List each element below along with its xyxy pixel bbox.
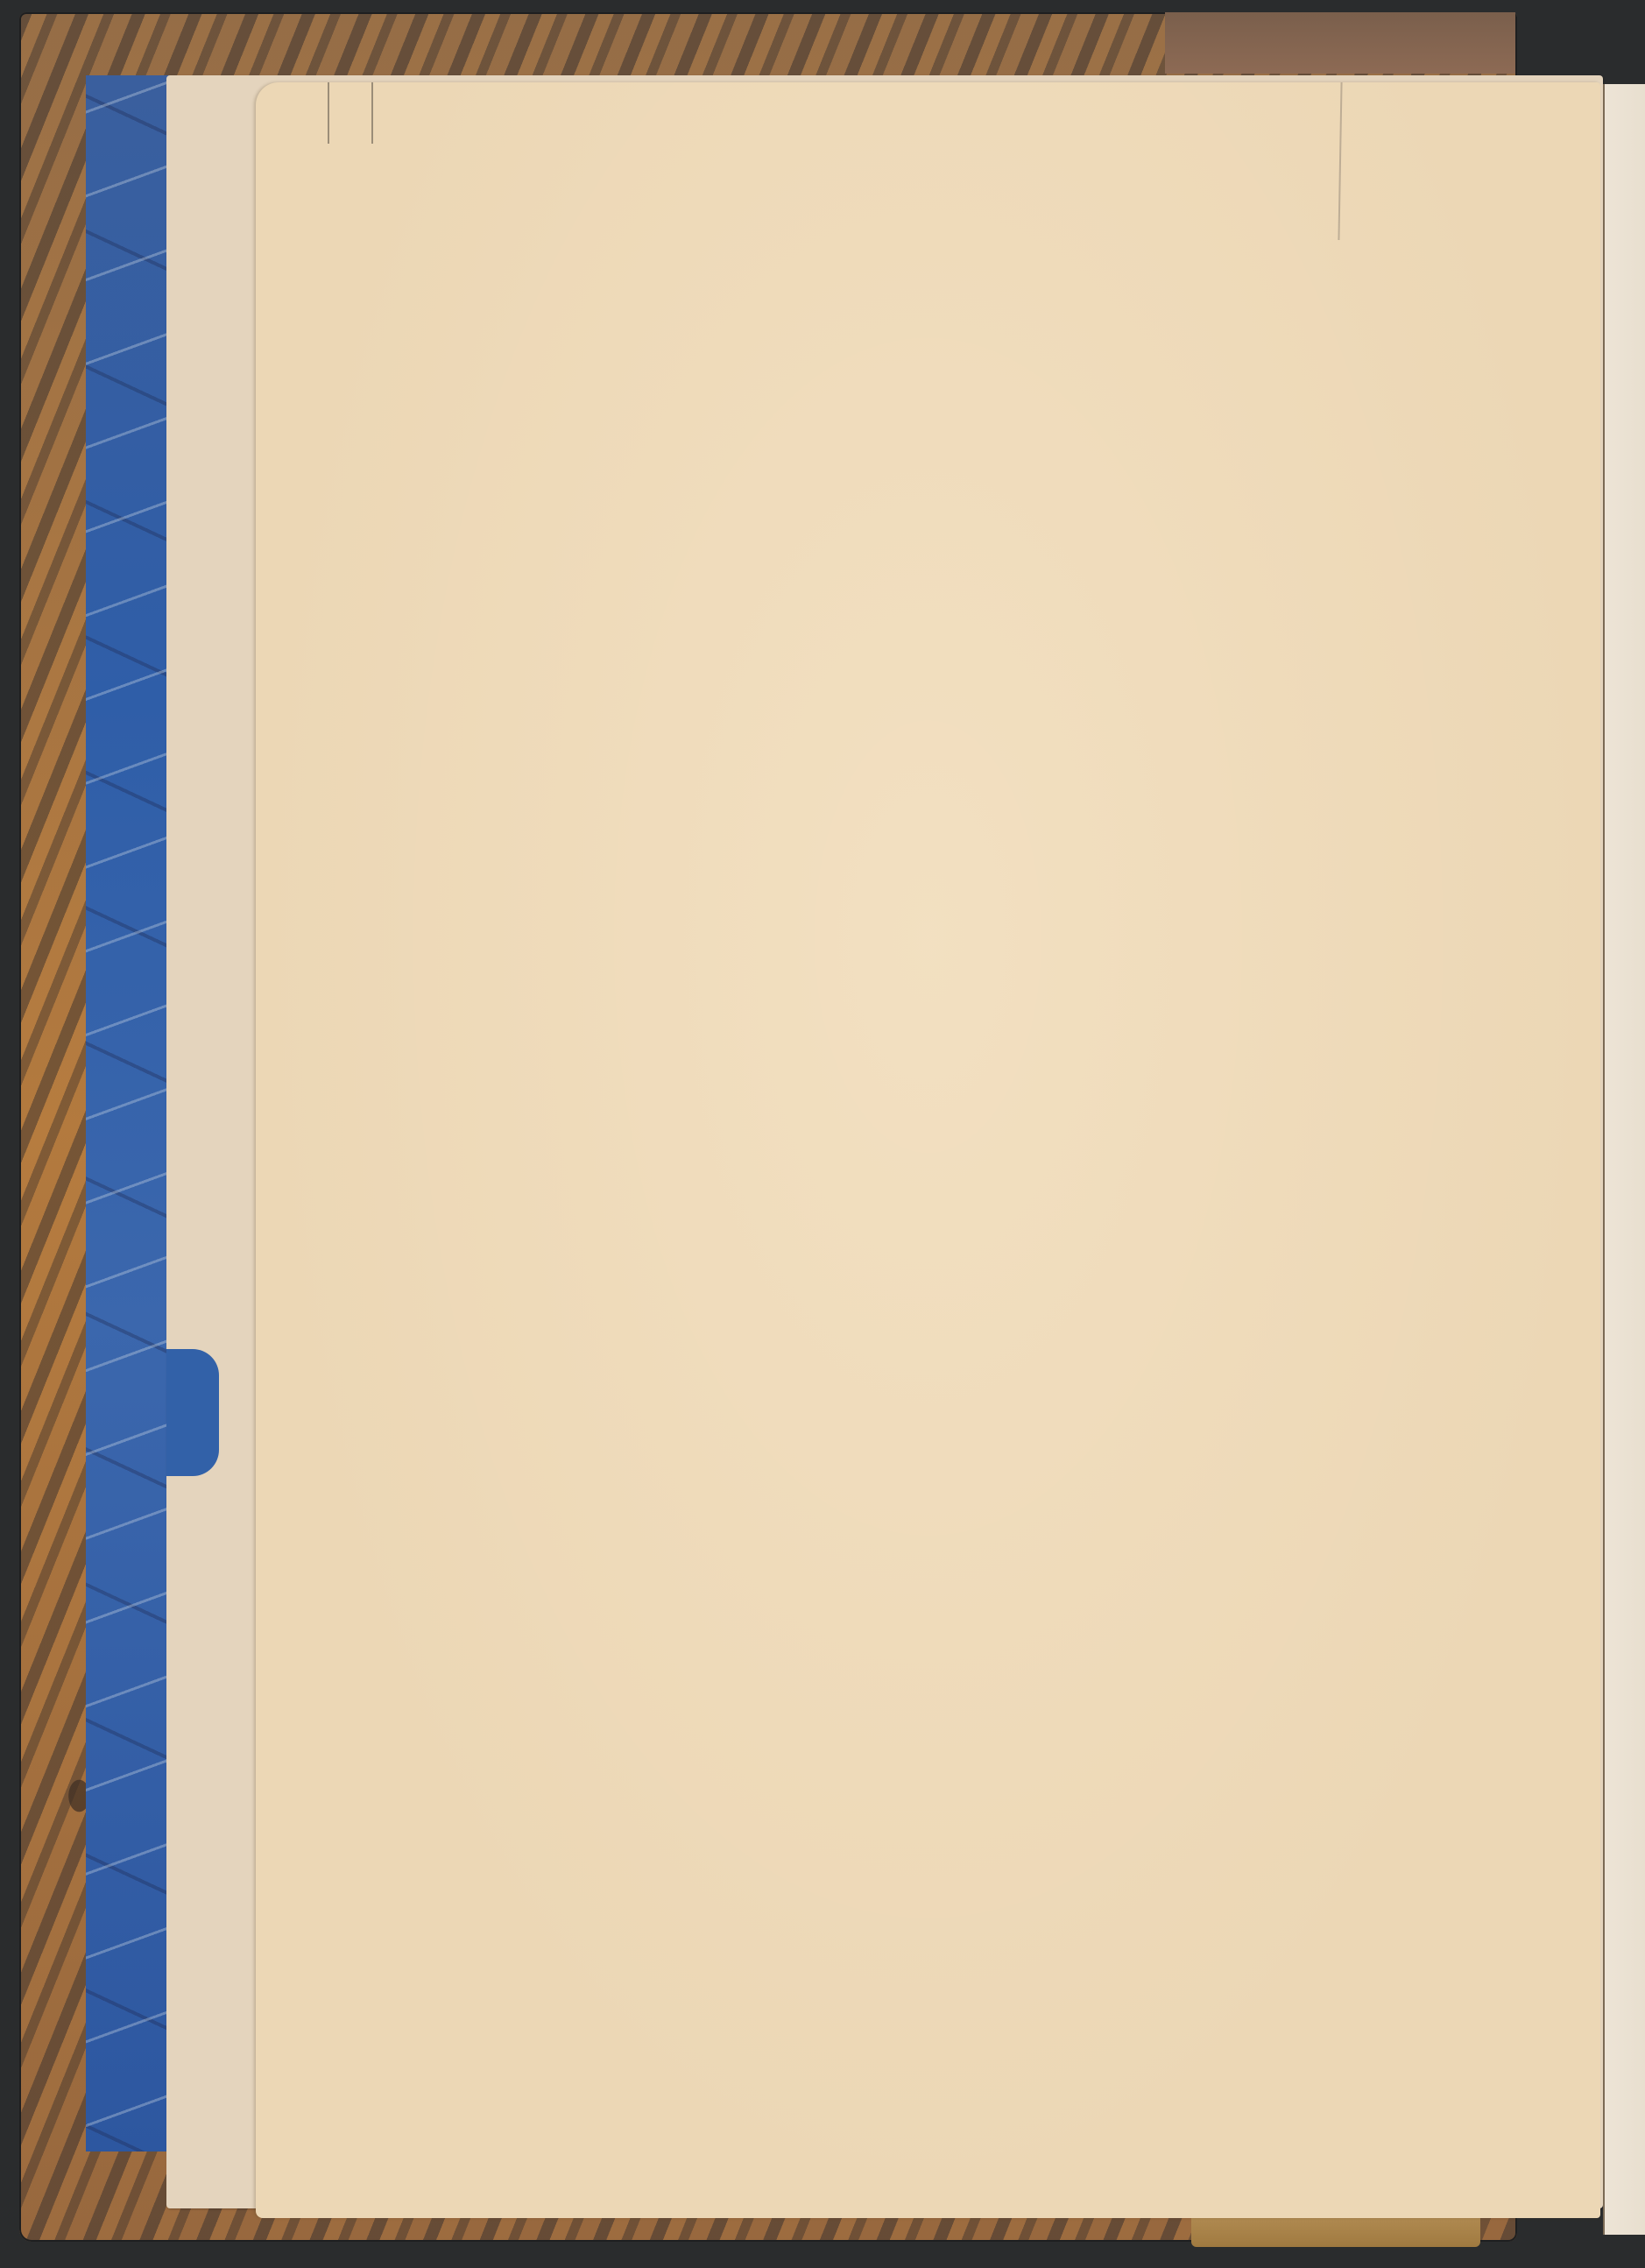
paper-tear bbox=[328, 82, 329, 144]
blank-main-page bbox=[256, 82, 1600, 2218]
flyleaf-torn-notch bbox=[166, 1349, 219, 1476]
paper-tear bbox=[371, 82, 373, 144]
facing-page-edge bbox=[1603, 84, 1645, 2235]
cover-top-strip bbox=[1165, 12, 1515, 74]
